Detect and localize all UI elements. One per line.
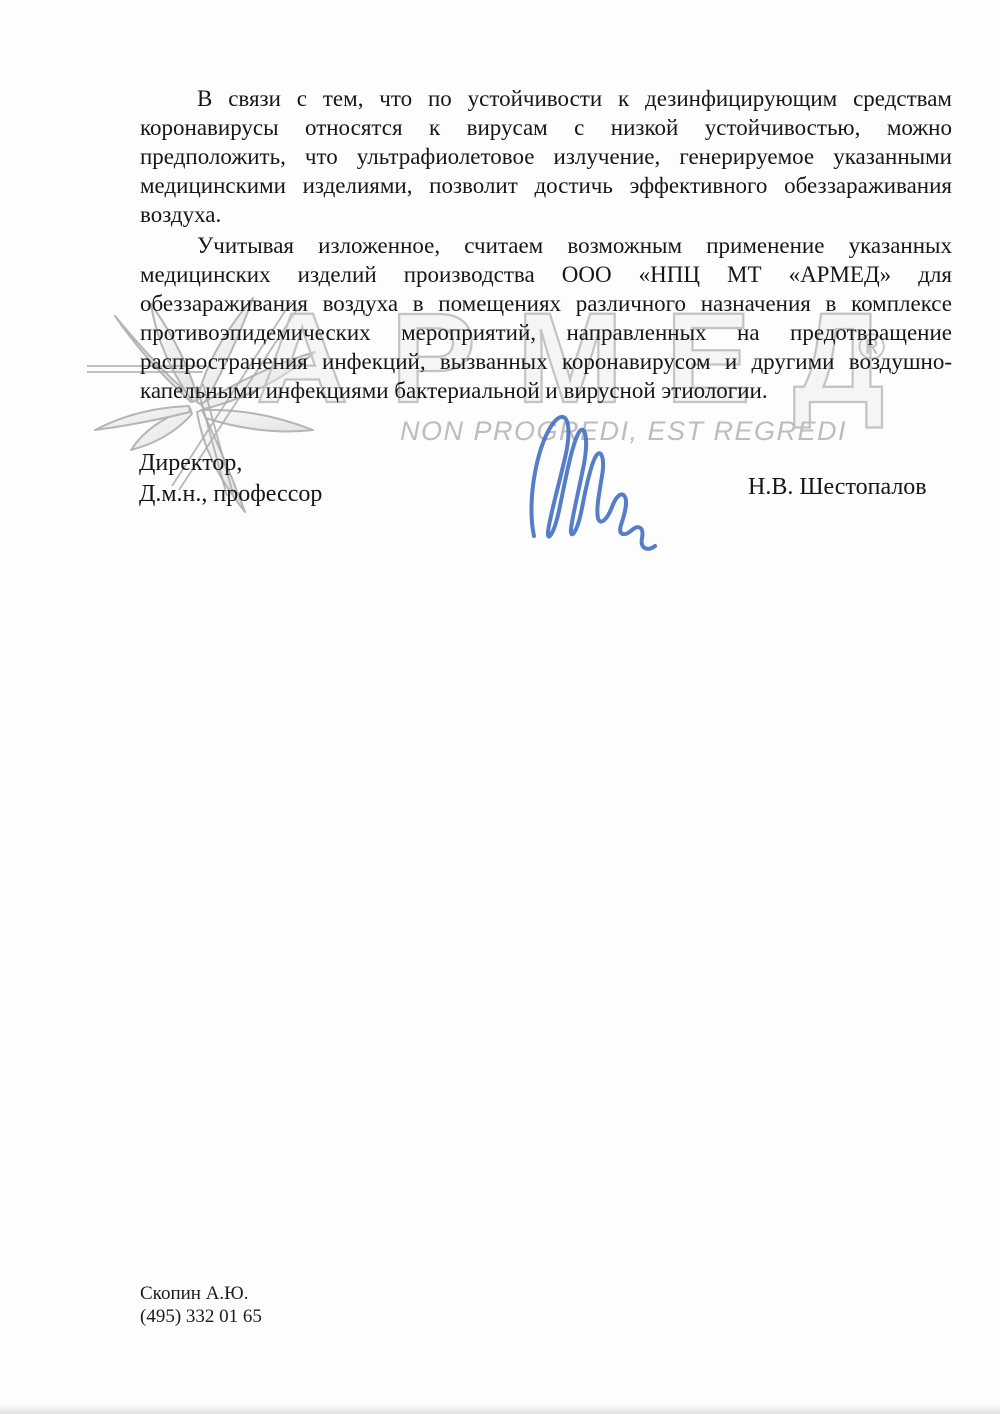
executor-name: Скопин А.Ю.: [140, 1282, 262, 1305]
scan-bottom-edge: [0, 1405, 1000, 1414]
signer-title-line2: Д.м.н., профессор: [139, 479, 322, 510]
signer-title-block: Директор, Д.м.н., профессор: [139, 448, 322, 510]
signer-name: Н.В. Шестопалов: [748, 474, 927, 501]
handwritten-signature: [512, 408, 682, 563]
executor-phone: (495) 332 01 65: [140, 1305, 262, 1328]
paragraph-conclusion: Учитывая изложенное, считаем возможным п…: [140, 231, 952, 405]
signer-title-line1: Директор,: [139, 448, 322, 479]
letter-body: В связи с тем, что по устойчивости к дез…: [140, 84, 952, 405]
document-page: АРМЕД ® NON PROGREDI, EST REGREDI В связ…: [0, 0, 1000, 1414]
paragraph-uv-disinfection: В связи с тем, что по устойчивости к дез…: [140, 84, 952, 229]
executor-footer: Скопин А.Ю. (495) 332 01 65: [140, 1282, 262, 1328]
